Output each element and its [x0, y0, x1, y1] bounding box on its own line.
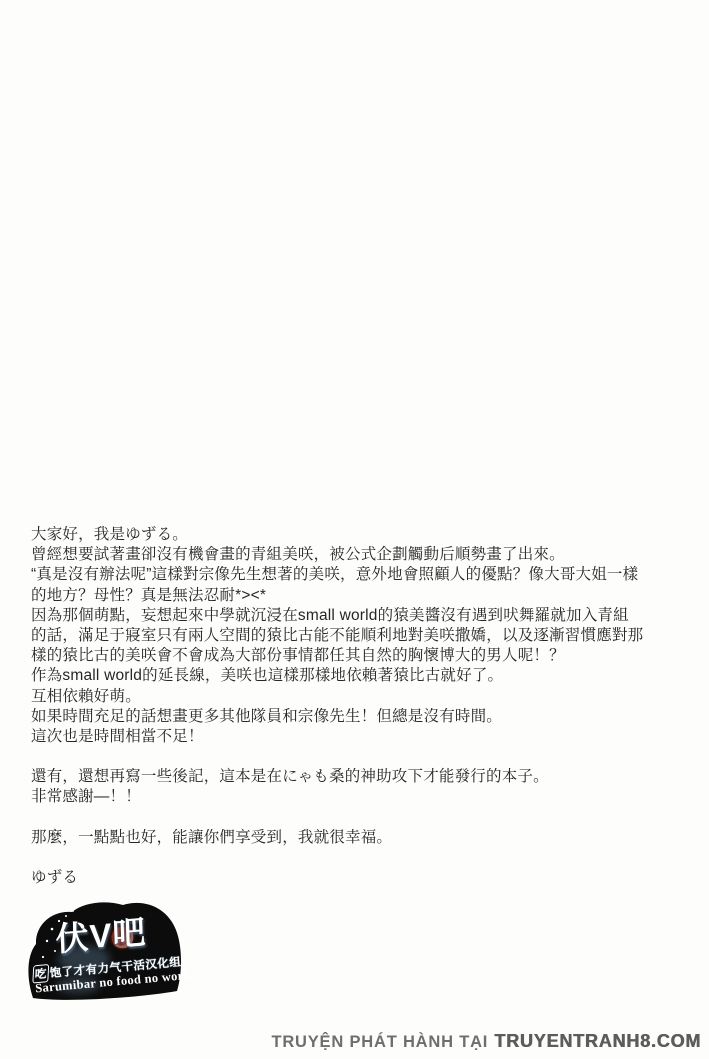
afterword-line: 曾經想要試著畫卻沒有機會畫的青組美咲，被公式企劃觸動后順勢畫了出來。	[31, 545, 699, 565]
afterword-line: “真是沒有辦法呢”這樣對宗像先生想著的美咲，意外地會照顧人的優點？像大哥大姐一樣	[31, 565, 699, 585]
scanlation-logo: 伏V吧 吃饱了才有力气干活汉化组 Sarumibar no food no wo…	[26, 899, 186, 1007]
afterword-line: 樣的猿比古的美咲會不會成為大部份事情都任其自然的胸懷博大的男人呢！？	[31, 646, 699, 666]
afterword-line: 的話，滿足于寢室只有兩人空間的猿比古能不能順利地對美咲撒嬌，以及逐漸習慣應對那	[31, 626, 699, 646]
afterword-line: 互相依賴好萌。	[31, 687, 699, 707]
afterword-line: 非常感謝—！！	[31, 787, 699, 807]
watermark-prefix: TRUYỆN PHÁT HÀNH TẠI	[271, 1033, 488, 1051]
afterword-line: 那麼，一點點也好，能讓你們享受到，我就很幸福。	[31, 828, 699, 848]
afterword-line: 還有，還想再寫一些後記，這本是在にゃも桑的神助攻下才能發行的本子。	[31, 767, 699, 787]
site-watermark: TRUYỆN PHÁT HÀNH TẠITRUYENTRANH8.COM	[271, 1031, 701, 1052]
afterword-text: 大家好，我是ゆずる。曾經想要試著畫卻沒有機會畫的青組美咲，被公式企劃觸動后順勢畫…	[31, 525, 699, 888]
afterword-line: 的地方？母性？真是無法忍耐*><*	[31, 586, 699, 606]
afterword-line: 如果時間充足的話想畫更多其他隊員和宗像先生！但總是沒有時間。	[31, 707, 699, 727]
afterword-line	[31, 747, 699, 767]
afterword-line	[31, 848, 699, 868]
afterword-line: 這次也是時間相當不足！	[31, 727, 699, 747]
afterword-line: 大家好，我是ゆずる。	[31, 525, 699, 545]
afterword-line: 作為small world的延長線，美咲也這樣那樣地依賴著猿比古就好了。	[31, 666, 699, 686]
afterword-line	[31, 808, 699, 828]
watermark-site-url: TRUYENTRANH8.COM	[494, 1031, 701, 1051]
afterword-line: ゆずる	[31, 868, 699, 888]
afterword-line: 因為那個萌點，妄想起來中學就沉浸在small world的猿美醬沒有遇到吠舞羅就…	[31, 606, 699, 626]
logo-title: 伏V吧	[55, 903, 176, 960]
